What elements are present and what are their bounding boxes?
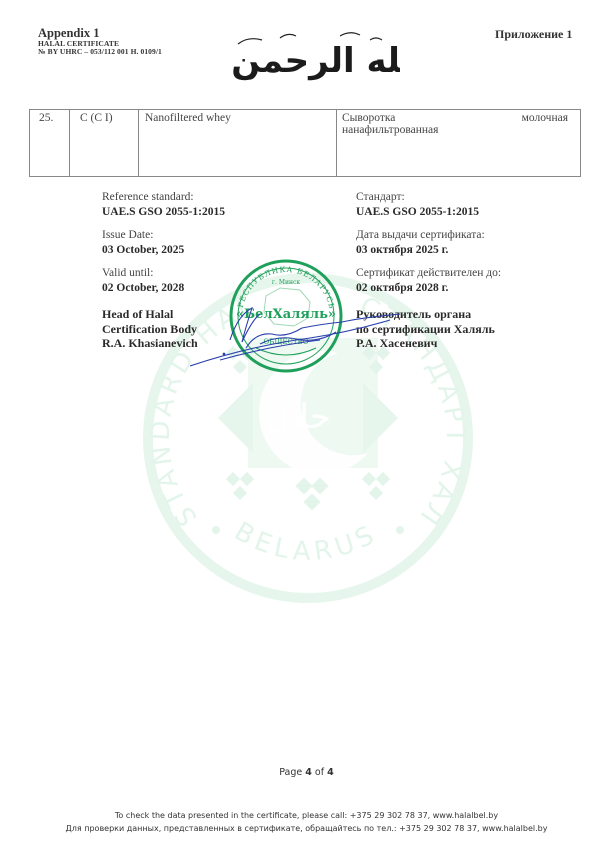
signatory-en: Head of Halal Certification Body R.A. Kh…: [102, 307, 198, 351]
valid-until-en: Valid until: 02 October, 2028: [102, 266, 184, 295]
issue-date-ru: Дата выдачи сертификата: 03 октября 2025…: [356, 228, 485, 257]
page-total: 4: [327, 767, 334, 778]
footer-line-ru: Для проверки данных, представленных в се…: [0, 822, 613, 835]
footer-line-en: To check the data presented in the certi…: [0, 809, 613, 822]
certificate-number: № BY UHRC – 053/112 001 H. 0109/1: [38, 48, 162, 56]
appendix-title-ru: Приложение 1: [495, 27, 572, 42]
page-middle: of: [312, 767, 327, 778]
product-name-ru: Сыворотка молочная нанафильтрованная: [337, 110, 581, 177]
reference-standard-en: Reference standard: UAE.S GSO 2055-1:201…: [102, 190, 225, 219]
row-code: C (C I): [70, 110, 139, 177]
reference-standard-value: UAE.S GSO 2055-1:2015: [102, 205, 225, 220]
issue-date-label: Issue Date:: [102, 228, 184, 243]
product-name-en: Nanofiltered whey: [139, 110, 337, 177]
table-row: 25. C (C I) Nanofiltered whey Сыворотка …: [30, 110, 581, 177]
basmala-calligraphy-icon: بسم الله الرحمن الرحيم: [220, 22, 400, 88]
signature-icon: [190, 300, 400, 370]
svg-text:BELARUS: BELARUS: [229, 517, 383, 568]
reference-standard-label: Reference standard:: [102, 190, 225, 205]
issue-date-value-ru: 03 октября 2025 г.: [356, 243, 485, 258]
valid-until-label: Valid until:: [102, 266, 184, 281]
row-number: 25.: [30, 110, 70, 177]
reference-standard-ru: Стандарт: UAE.S GSO 2055-1:2015: [356, 190, 479, 219]
valid-until-label-ru: Сертификат действителен до:: [356, 266, 501, 281]
product-name-ru-line1: Сыворотка молочная: [342, 112, 568, 124]
valid-until-value-ru: 02 октября 2028 г.: [356, 281, 501, 296]
svg-text:بسم الله الرحمن الرحيم: بسم الله الرحمن الرحيم: [220, 41, 400, 81]
page-prefix: Page: [279, 767, 305, 778]
svg-text:حلال: حلال: [265, 397, 331, 437]
page-current: 4: [305, 767, 312, 778]
valid-until-ru: Сертификат действителен до: 02 октября 2…: [356, 266, 501, 295]
issue-date-value: 03 October, 2025: [102, 243, 184, 258]
signatory-title-line1: Head of Halal: [102, 307, 198, 322]
reference-standard-label-ru: Стандарт:: [356, 190, 479, 205]
issue-date-label-ru: Дата выдачи сертификата:: [356, 228, 485, 243]
signatory-title-line2: Certification Body: [102, 322, 198, 337]
appendix-header: Appendix 1 HALAL CERTIFICATE № BY UHRC –…: [38, 27, 162, 56]
product-name-ru-line2: нанафильтрованная: [342, 124, 438, 136]
reference-standard-value-ru: UAE.S GSO 2055-1:2015: [356, 205, 479, 220]
products-table: 25. C (C I) Nanofiltered whey Сыворотка …: [29, 109, 581, 177]
valid-until-value: 02 October, 2028: [102, 281, 184, 296]
issue-date-en: Issue Date: 03 October, 2025: [102, 228, 184, 257]
signatory-name: R.A. Khasianevich: [102, 336, 198, 351]
verification-footer: To check the data presented in the certi…: [0, 809, 613, 835]
svg-text:г. Минск: г. Минск: [272, 279, 300, 286]
page-indicator: Page 4 of 4: [0, 767, 613, 778]
